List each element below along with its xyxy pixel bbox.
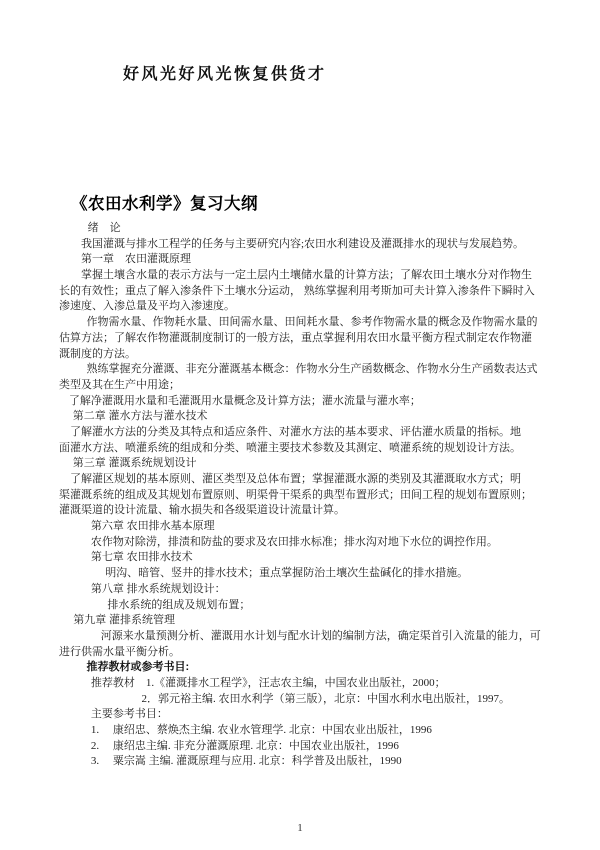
document-line: 掌握土壤含水量的表示方法与一定土层内土壤储水量的计算方法；了解农田土壤水分对作物… (59, 268, 549, 284)
document-line: 了解净灌溉用水量和毛灌溉用水量概念及计算方法；灌水流量与灌水率； (59, 394, 549, 410)
document-line: 2. 康绍忠主编. 非充分灌溉原理. 北京：中国农业出版社，1996 (59, 739, 549, 755)
document-line: 明沟、暗管、竖井的排水技术；重点掌握防治土壤次生盐碱化的排水措施。 (59, 566, 549, 582)
document-line: 河源来水量预测分析、灌溉用水计划与配水计划的编制方法，确定渠首引入流量的能力，可 (59, 629, 549, 645)
document-line: 推荐教材 1.《灌溉排水工程学》，汪志农主编，中国农业出版社，2000； (59, 676, 549, 692)
document-line: 第八章 排水系统规划设计： (59, 582, 549, 598)
document-line: 类型及其在生产中用途； (59, 378, 549, 394)
document-line: 长的有效性；重点了解入渗条件下土壤水分运动， 熟练掌握利用考斯加可夫计算入渗条件… (59, 284, 549, 300)
document-title: 《农田水利学》复习大纲 (71, 190, 258, 214)
document-line: 作物需水量、作物耗水量、田间需水量、田间耗水量、参考作物需水量的概念及作物需水量… (59, 315, 549, 331)
header-note: 好风光好风光恢复供货才 (123, 61, 327, 84)
document-body: 绪 论我国灌溉与排水工程学的任务与主要研究内容;农田水利建设及灌溉排水的现状与发… (59, 221, 549, 770)
document-line: 熟练掌握充分灌溉、非充分灌溉基本概念：作物水分生产函数概念、作物水分生产函数表达… (59, 362, 549, 378)
document-line: 第九章 灌排系统管理 (59, 613, 549, 629)
document-line: 渗速度、入渗总量及平均入渗速度。 (59, 299, 549, 315)
document-line: 溉制度的方法。 (59, 347, 549, 363)
document-line: 农作物对除涝，排渍和防盐的要求及农田排水标准；排水沟对地下水位的调控作用。 (59, 535, 549, 551)
document-line: 灌溉渠道的设计流量、输水损失和各级渠道设计流量计算。 (59, 503, 549, 519)
document-line: 第六章 农田排水基本原理 (59, 519, 549, 535)
document-line: 第一章 农田灌溉原理 (59, 252, 549, 268)
document-line: 面灌水方法、喷灌系统的组成和分类、喷灌主要技术参数及其测定、喷灌系统的规划设计方… (59, 441, 549, 457)
document-line: 第七章 农田排水技术 (59, 550, 549, 566)
document-line: 1. 康绍忠、蔡焕杰主编. 农业水管理学. 北京：中国农业出版社，1996 (59, 723, 549, 739)
page-number: 1 (0, 822, 600, 834)
document-line: 了解灌区规划的基本原则、灌区类型及总体布置；掌握灌溉水源的类别及其灌溉取水方式；… (59, 472, 549, 488)
document-line: 了解灌水方法的分类及其特点和适应条件、对灌水方法的基本要求、评估灌水质量的指标。… (59, 425, 549, 441)
document-line: 3. 粟宗嵩 主编. 灌溉原理与应用. 北京：科学普及出版社，1990 (59, 754, 549, 770)
document-line: 渠灌溉系统的组成及其规划布置原则、明渠骨干渠系的典型布置形式；田间工程的规划布置… (59, 488, 549, 504)
section-heading-bold: 推荐教材或参考书目: (59, 660, 549, 676)
document-page: 好风光好风光恢复供货才 《农田水利学》复习大纲 绪 论我国灌溉与排水工程学的任务… (0, 0, 600, 850)
document-line: 排水系统的组成及规划布置； (59, 598, 549, 614)
document-line: 第二章 灌水方法与灌水技术 (59, 409, 549, 425)
document-line: 绪 论 (59, 221, 549, 237)
document-line: 我国灌溉与排水工程学的任务与主要研究内容;农田水利建设及灌溉排水的现状与发展趋势… (59, 237, 549, 253)
document-line: 估算方法；了解农作物灌溉制度制订的一般方法，重点掌握利用农田水量平衡方程式制定农… (59, 331, 549, 347)
document-line: 2．郭元裕主编. 农田水利学（第三版），北京：中国水利水电出版社，1997。 (59, 692, 549, 708)
document-line: 进行供需水量平衡分析。 (59, 645, 549, 661)
document-line: 主要参考书目： (59, 707, 549, 723)
document-line: 第三章 灌溉系统规划设计 (59, 456, 549, 472)
